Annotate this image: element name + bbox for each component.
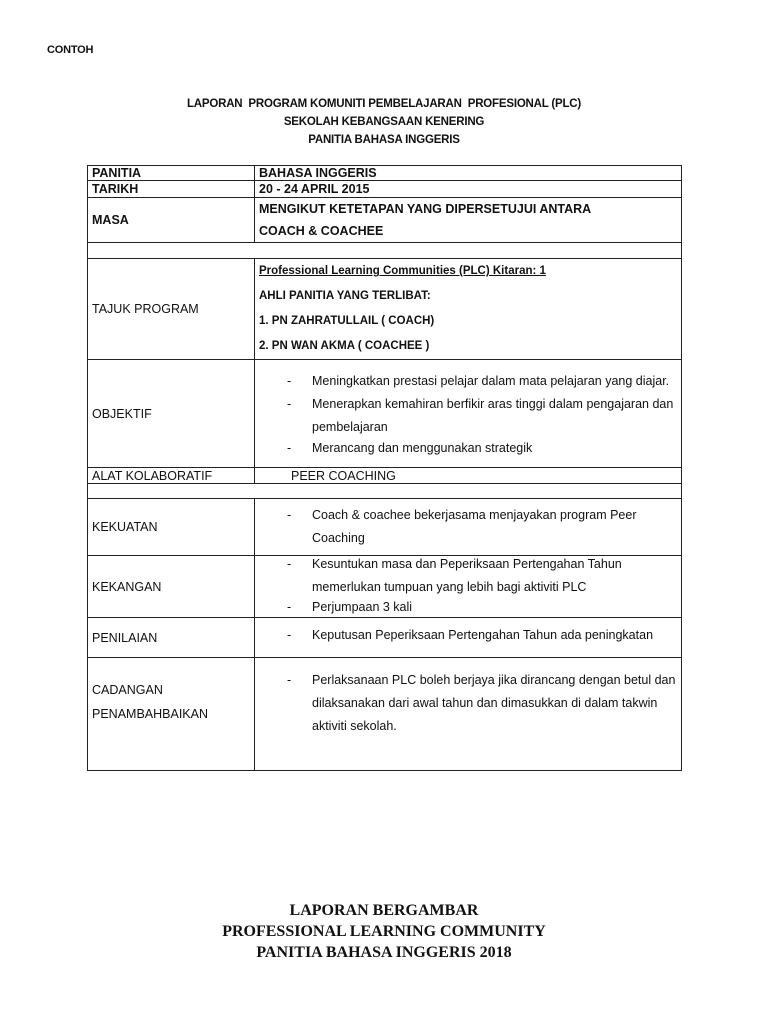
footer-title: LAPORAN BERGAMBAR PROFESSIONAL LEARNING …	[0, 900, 768, 963]
value-objektif: Meningkatkan prestasi pelajar dalam mata…	[255, 360, 682, 468]
value-cadangan: Perlaksanaan PLC boleh berjaya jika dira…	[255, 658, 682, 771]
masa-line: MENGIKUT KETETAPAN YANG DIPERSETUJUI ANT…	[259, 198, 677, 220]
label-panitia: PANITIA	[88, 166, 255, 181]
heading-line: PANITIA BAHASA INGGERIS	[0, 131, 768, 149]
row-tajuk-program: TAJUK PROGRAM Professional Learning Comm…	[88, 259, 682, 360]
value-panitia: BAHASA INGGERIS	[255, 166, 682, 181]
label-tarikh: TARIKH	[88, 181, 255, 198]
list-item: Keputusan Peperiksaan Pertengahan Tahun …	[287, 624, 677, 647]
report-heading: LAPORAN PROGRAM KOMUNITI PEMBELAJARAN PR…	[0, 95, 768, 149]
list-item: Kesuntukan masa dan Peperiksaan Pertenga…	[287, 553, 677, 599]
footer-title-line: LAPORAN BERGAMBAR	[0, 900, 768, 921]
list-item: Merancang dan menggunakan strategik	[287, 439, 677, 457]
kekangan-list: Kesuntukan masa dan Peperiksaan Pertenga…	[259, 553, 677, 616]
list-item: Perlaksanaan PLC boleh berjaya jika dira…	[287, 669, 677, 738]
document-label: CONTOH	[47, 44, 93, 56]
objektif-list: Meningkatkan prestasi pelajar dalam mata…	[259, 370, 677, 457]
label-alat-kolaboratif: ALAT KOLABORATIF	[88, 468, 255, 484]
row-panitia: PANITIA BAHASA INGGERIS	[88, 166, 682, 181]
cadangan-list: Perlaksanaan PLC boleh berjaya jika dira…	[259, 669, 677, 738]
row-objektif: OBJEKTIF Meningkatkan prestasi pelajar d…	[88, 360, 682, 468]
label-cadangan: CADANGAN PENAMBAHBAIKAN	[88, 658, 255, 771]
footer-title-line: PROFESSIONAL LEARNING COMMUNITY	[0, 921, 768, 942]
value-kekangan: Kesuntukan masa dan Peperiksaan Pertenga…	[255, 556, 682, 618]
heading-line: LAPORAN PROGRAM KOMUNITI PEMBELAJARAN PR…	[0, 95, 768, 113]
row-penilaian: PENILAIAN Keputusan Peperiksaan Pertenga…	[88, 618, 682, 658]
value-kekuatan: Coach & coachee bekerjasama menjayakan p…	[255, 499, 682, 556]
label-objektif: OBJEKTIF	[88, 360, 255, 468]
label-penilaian: PENILAIAN	[88, 618, 255, 658]
row-kekangan: KEKANGAN Kesuntukan masa dan Peperiksaan…	[88, 556, 682, 618]
member-item: 2. PN WAN AKMA ( COACHEE )	[259, 334, 677, 359]
row-tarikh: TARIKH 20 - 24 APRIL 2015	[88, 181, 682, 198]
value-masa: MENGIKUT KETETAPAN YANG DIPERSETUJUI ANT…	[255, 198, 682, 243]
penilaian-list: Keputusan Peperiksaan Pertengahan Tahun …	[259, 624, 677, 647]
footer-title-line: PANITIA BAHASA INGGERIS 2018	[0, 942, 768, 963]
member-item: 1. PN ZAHRATULLAIL ( COACH)	[259, 309, 677, 334]
masa-line: COACH & COACHEE	[259, 220, 677, 242]
spacer-row	[88, 484, 682, 499]
cadangan-label-line: CADANGAN	[92, 678, 250, 702]
label-kekangan: KEKANGAN	[88, 556, 255, 618]
label-masa: MASA	[88, 198, 255, 243]
value-alat-kolaboratif: PEER COACHING	[255, 468, 682, 484]
report-table: PANITIA BAHASA INGGERIS TARIKH 20 - 24 A…	[87, 165, 682, 771]
members-heading: AHLI PANITIA YANG TERLIBAT:	[259, 284, 677, 309]
program-title: Professional Learning Communities (PLC) …	[259, 259, 677, 284]
row-masa: MASA MENGIKUT KETETAPAN YANG DIPERSETUJU…	[88, 198, 682, 243]
list-item: Meningkatkan prestasi pelajar dalam mata…	[287, 370, 677, 393]
cadangan-label-line: PENAMBAHBAIKAN	[92, 702, 250, 726]
row-alat-kolaboratif: ALAT KOLABORATIF PEER COACHING	[88, 468, 682, 484]
row-kekuatan: KEKUATAN Coach & coachee bekerjasama men…	[88, 499, 682, 556]
value-penilaian: Keputusan Peperiksaan Pertengahan Tahun …	[255, 618, 682, 658]
kekuatan-list: Coach & coachee bekerjasama menjayakan p…	[259, 504, 677, 550]
label-kekuatan: KEKUATAN	[88, 499, 255, 556]
list-item: Perjumpaan 3 kali	[287, 599, 677, 616]
value-tajuk-program: Professional Learning Communities (PLC) …	[255, 259, 682, 360]
list-item: Menerapkan kemahiran berfikir aras tingg…	[287, 393, 677, 439]
row-cadangan: CADANGAN PENAMBAHBAIKAN Perlaksanaan PLC…	[88, 658, 682, 771]
spacer-row	[88, 243, 682, 259]
list-item: Coach & coachee bekerjasama menjayakan p…	[287, 504, 677, 550]
label-tajuk-program: TAJUK PROGRAM	[88, 259, 255, 360]
heading-line: SEKOLAH KEBANGSAAN KENERING	[0, 113, 768, 131]
value-tarikh: 20 - 24 APRIL 2015	[255, 181, 682, 198]
